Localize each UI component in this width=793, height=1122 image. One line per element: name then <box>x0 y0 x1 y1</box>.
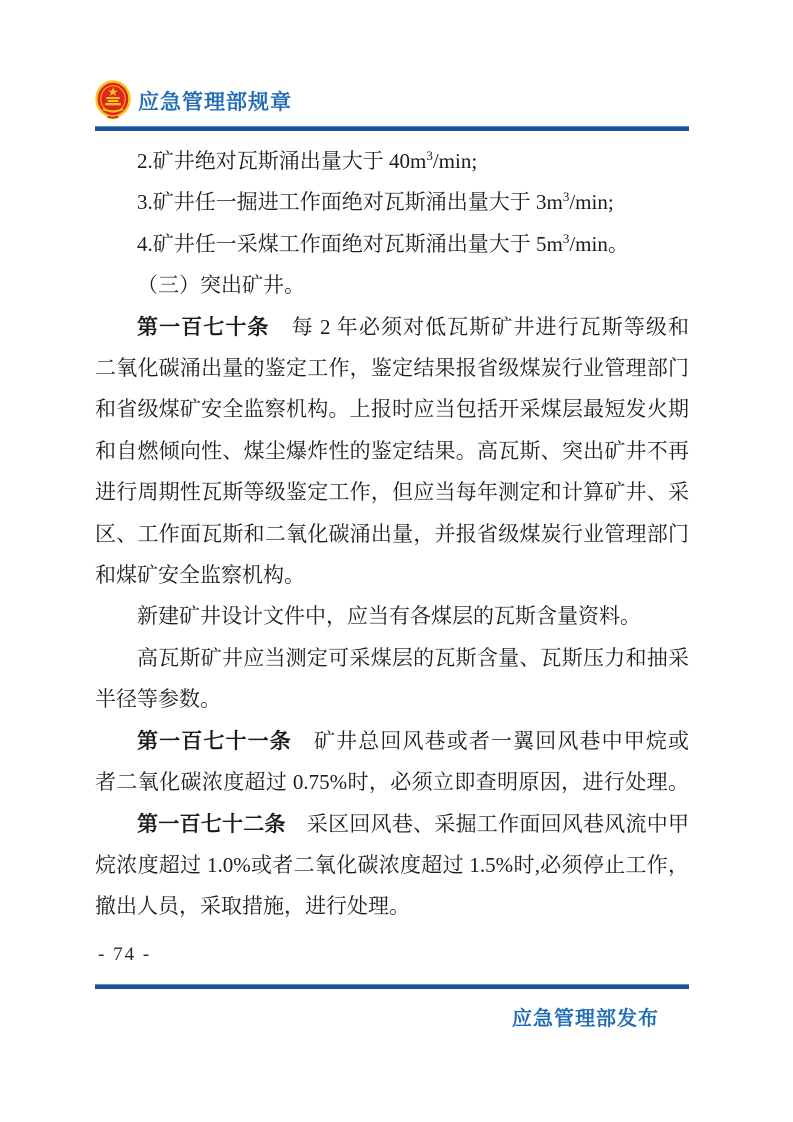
body-line: 撤出人员，采取措施，进行处理。 <box>95 886 689 927</box>
document-page: 应急管理部规章 2.矿井绝对瓦斯涌出量大于 40m3/min;3.矿井任一掘进工… <box>0 0 793 1122</box>
page-number: - 74 - <box>98 944 151 966</box>
body-line: 4.矿井任一采煤工作面绝对瓦斯涌出量大于 5m3/min。 <box>95 224 689 265</box>
page-header: 应急管理部规章 <box>95 80 292 122</box>
body-line: 第一百七十二条 采区回风巷、采掘工作面回风巷风流中甲 <box>95 804 689 845</box>
document-body: 2.矿井绝对瓦斯涌出量大于 40m3/min;3.矿井任一掘进工作面绝对瓦斯涌出… <box>95 141 689 928</box>
body-line: 烷浓度超过 1.0%或者二氧化碳浓度超过 1.5%时,必须停止工作， <box>95 845 689 886</box>
body-line: 2.矿井绝对瓦斯涌出量大于 40m3/min; <box>95 141 689 182</box>
body-line: 高瓦斯矿井应当测定可采煤层的瓦斯含量、瓦斯压力和抽采 <box>95 638 689 679</box>
body-line: 二氧化碳涌出量的鉴定工作，鉴定结果报省级煤炭行业管理部门 <box>95 348 689 389</box>
body-line: 者二氧化碳浓度超过 0.75%时，必须立即查明原因，进行处理。 <box>95 762 689 803</box>
body-line: 第一百七十一条 矿井总回风巷或者一翼回风巷中甲烷或 <box>95 721 689 762</box>
body-line: 半径等参数。 <box>95 679 689 720</box>
body-line: 第一百七十条 每 2 年必须对低瓦斯矿井进行瓦斯等级和 <box>95 307 689 348</box>
page-title: 应急管理部规章 <box>138 86 292 116</box>
body-line: 新建矿井设计文件中，应当有各煤层的瓦斯含量资料。 <box>95 596 689 637</box>
body-line: 和省级煤矿安全监察机构。上报时应当包括开采煤层最短发火期 <box>95 389 689 430</box>
body-line: 区、工作面瓦斯和二氧化碳涌出量，并报省级煤炭行业管理部门 <box>95 514 689 555</box>
body-line: （三）突出矿井。 <box>95 265 689 306</box>
national-emblem-icon <box>95 80 131 122</box>
body-line: 和煤矿安全监察机构。 <box>95 555 689 596</box>
publisher-label: 应急管理部发布 <box>95 1002 659 1031</box>
body-line: 进行周期性瓦斯等级鉴定工作，但应当每年测定和计算矿井、采 <box>95 472 689 513</box>
header-rule <box>95 126 689 131</box>
body-line: 和自燃倾向性、煤尘爆炸性的鉴定结果。高瓦斯、突出矿井不再 <box>95 431 689 472</box>
body-line: 3.矿井任一掘进工作面绝对瓦斯涌出量大于 3m3/min; <box>95 182 689 223</box>
footer-rule <box>95 984 689 989</box>
